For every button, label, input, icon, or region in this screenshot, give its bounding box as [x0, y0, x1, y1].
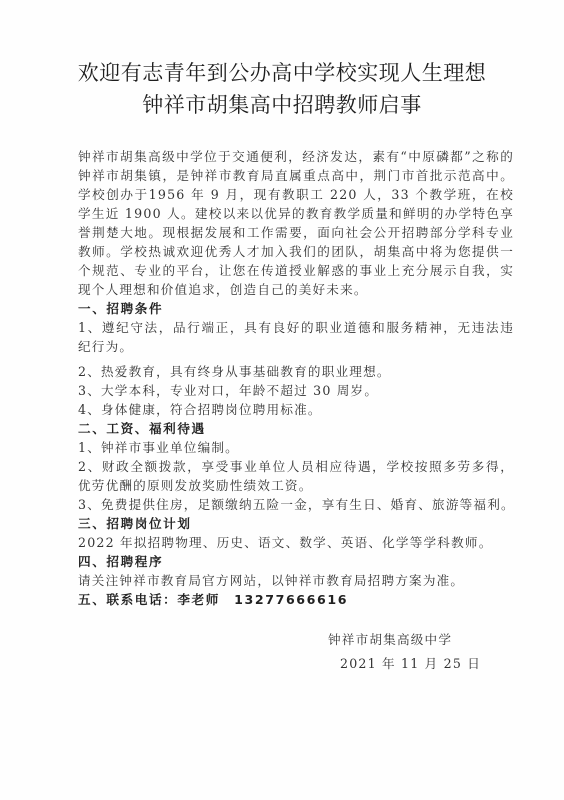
section-heading-benefits: 二、工资、福利待遇 — [52, 419, 514, 438]
signature-organization: 钟祥市胡集高级中学 — [328, 629, 452, 648]
benefit-item: 3、免费提供住房，足额缴纳五险一金，享有生日、婚育、旅游等福利。 — [52, 495, 514, 514]
procedure-text: 请关注钟祥市教育局官方网站，以钟祥市教育局招聘方案为准。 — [52, 571, 514, 590]
contact-phone: 五、联系电话：李老师 13277666616 — [52, 590, 514, 609]
document-subtitle: 钟祥市胡集高中招聘教师启事 — [0, 89, 564, 119]
requirement-item: 4、身体健康，符合招聘岗位聘用标准。 — [52, 400, 514, 419]
intro-paragraph: 钟祥市胡集高级中学位于交通便利，经济发达，素有“中原磷都”之称的钟祥市胡集镇，是… — [52, 147, 514, 299]
section-heading-procedure: 四、招聘程序 — [52, 552, 514, 571]
requirement-item: 3、大学本科，专业对口，年龄不超过 30 周岁。 — [52, 381, 514, 400]
requirement-item: 2、热爱教育，具有终身从事基础教育的职业理想。 — [52, 362, 514, 381]
benefit-item: 1、钟祥市事业单位编制。 — [52, 438, 514, 457]
positions-text: 2022 年拟招聘物理、历史、语文、数学、英语、化学等学科教师。 — [52, 533, 514, 552]
section-heading-requirements: 一、招聘条件 — [52, 299, 514, 318]
benefit-item: 2、财政全额拨款，享受事业单位人员相应待遇，学校按照多劳多得，优劳优酬的原则发放… — [52, 457, 514, 495]
document-body: 钟祥市胡集高级中学位于交通便利，经济发达，素有“中原磷都”之称的钟祥市胡集镇，是… — [52, 147, 514, 609]
section-heading-positions: 三、招聘岗位计划 — [52, 514, 514, 533]
document-title: 欢迎有志青年到公办高中学校实现人生理想 — [0, 57, 564, 87]
signature-date: 2021 年 11 月 25 日 — [340, 653, 481, 672]
document-page: 欢迎有志青年到公办高中学校实现人生理想 钟祥市胡集高中招聘教师启事 钟祥市胡集高… — [0, 0, 564, 800]
requirement-item: 1、遵纪守法，品行端正，具有良好的职业道德和服务精神，无违法违纪行为。 — [52, 318, 514, 356]
